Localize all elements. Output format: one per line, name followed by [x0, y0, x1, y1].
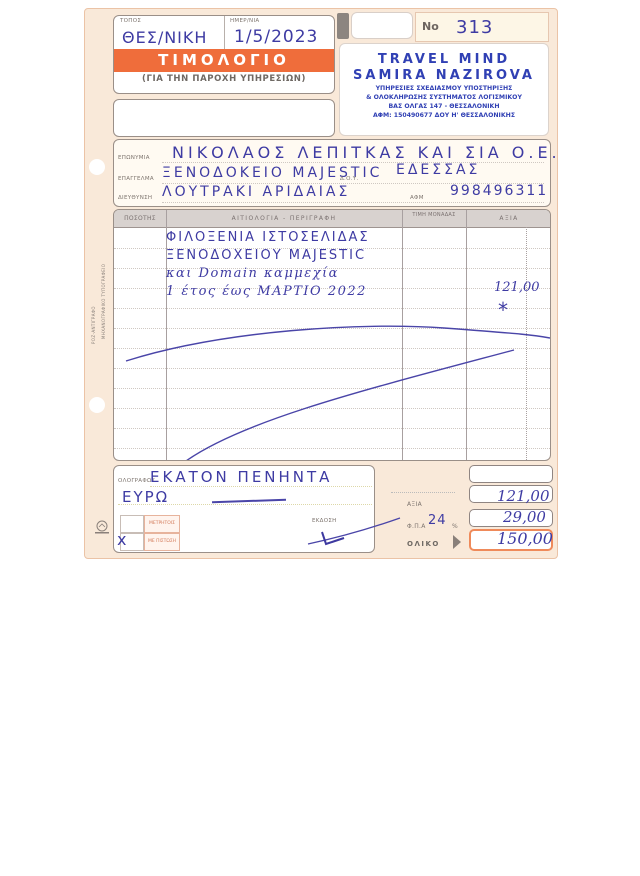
- grand-total-label: ΟΛΙΚΟ: [407, 540, 440, 548]
- payment-credit-label: ΜΕ ΠΙΣΤΩΣΗ: [144, 533, 180, 551]
- issuer-name-2: SAMIRA NAZIROVA: [340, 68, 548, 83]
- customer-vat-label: ΑΦΜ: [410, 195, 424, 201]
- copy-tab: [337, 13, 349, 39]
- totals-dotted-line: [391, 492, 455, 493]
- grand-total-amount: 150,00: [497, 529, 553, 548]
- place-label: ΤΟΠΟΣ: [120, 18, 141, 24]
- vat-rate: 24: [428, 513, 447, 528]
- customer-name-label: ΕΠΩΝΥΜΙΑ: [118, 155, 150, 161]
- vat-amount: 29,00: [503, 508, 546, 526]
- payment-cash-label: ΜΕΤΡΗΤΟΙΣ: [144, 515, 180, 533]
- customer-tax-office-label: Δ.Ο.Υ.: [340, 176, 359, 182]
- customer-address-label: ΔΙΕΥΘΥΝΣΗ: [118, 195, 152, 201]
- issuer-stamp-box: TRAVEL MIND SAMIRA NAZIROVA ΥΠΗΡΕΣΙΕΣ ΣΧ…: [339, 43, 549, 136]
- customer-vat-value: 998496311: [450, 183, 548, 199]
- void-strike-lines: [114, 210, 551, 461]
- invoice-form: ΡΟΖ-ΑΝΤΙΓΡΑΦΟ ΜΗΧΑΝΟΓΡΑΦΙΚΟ ΤΥΠΟΓΡΑΦΕΙΟ …: [84, 8, 558, 559]
- date-value: 1/5/2023: [234, 27, 318, 47]
- number-field: No 313: [415, 12, 549, 42]
- title-box: ΤΟΠΟΣ ΗΜΕΡ/ΝΙΑ ΘΕΣ/ΝΙΚΗ 1/5/2023 ΤΙΜΟΛΟΓ…: [113, 15, 335, 94]
- payment-credit-mark: x: [117, 530, 127, 549]
- signature: [286, 512, 406, 552]
- issuer-line-3: ΥΠΗΡΕΣΙΕΣ ΣΧΕΔΙΑΣΜΟΥ ΥΠΟΣΤΗΡΙΞΗΣ: [340, 85, 548, 92]
- place-value: ΘΕΣ/ΝΙΚΗ: [122, 28, 207, 47]
- number-box: [351, 12, 413, 39]
- items-table: ΠΟΣΟΤΗΣ ΑΙΤΙΟΛΟΓΙΑ - ΠΕΡΙΓΡΑΦΗ ΤΙΜΗ ΜΟΝΑ…: [113, 209, 551, 461]
- words-line-1: ΕΚΑΤΟΝ ΠΕΝΗΝΤΑ: [150, 468, 332, 486]
- side-printer-text: ΜΗΧΑΝΟΓΡΑΦΙΚΟ ΤΥΠΟΓΡΑΦΕΙΟ: [101, 264, 106, 339]
- blank-box: [113, 99, 335, 137]
- vat-percent: %: [452, 523, 458, 530]
- number-label: No: [422, 20, 439, 33]
- grand-total-arrow-icon: [453, 535, 461, 549]
- amount-words-box: ΟΛΟΓΡΑΦΩΣ ΕΚΑΤΟΝ ΠΕΝΗΝΤΑ ΕΥΡΩ ΜΕΤΡΗΤΟΙΣ …: [113, 465, 375, 553]
- total-value-amount: 121,00: [497, 487, 550, 505]
- number-value: 313: [456, 17, 493, 38]
- issuer-line-6: ΑΦΜ: 150490677 ΔΟΥ Η' ΘΕΣΣΑΛΟΝΙΚΗΣ: [340, 112, 548, 119]
- side-form-code: ΡΟΖ-ΑΝΤΙΓΡΑΦΟ: [91, 306, 96, 344]
- customer-name-value: ΝΙΚΟΛΑΟΣ ΛΕΠΙΤΚΑΣ ΚΑΙ ΣΙΑ Ο.Ε.: [172, 143, 561, 162]
- customer-tax-office-value: ΕΔΕΣΣΑΣ: [396, 162, 480, 178]
- customer-profession-label: ΕΠΑΓΓΕΛΜΑ: [118, 176, 154, 182]
- words-line-2: ΕΥΡΩ: [122, 488, 169, 506]
- document-subtitle: (ΓΙΑ ΤΗΝ ΠΑΡΟΧΗ ΥΠΗΡΕΣΙΩΝ): [114, 74, 334, 84]
- printer-logo-icon: [93, 519, 111, 533]
- date-label: ΗΜΕΡ/ΝΙΑ: [230, 18, 259, 24]
- issuer-line-4: & ΟΛΟΚΛΗΡΩΣΗΣ ΣΥΣΤΗΜΑΤΟΣ ΛΟΓΙΣΜΙΚΟΥ: [340, 94, 548, 101]
- customer-box: ΕΠΩΝΥΜΙΑ ΝΙΚΟΛΑΟΣ ΛΕΠΙΤΚΑΣ ΚΑΙ ΣΙΑ Ο.Ε. …: [113, 139, 551, 207]
- issuer-line-5: ΒΑΣ ΟΛΓΑΣ 147 - ΘΕΣΣΑΛΟΝΙΚΗ: [340, 103, 548, 110]
- punch-hole-top: [89, 159, 105, 175]
- words-fill-line: [212, 499, 286, 503]
- vat-label: Φ.Π.Α: [407, 523, 426, 530]
- document-title: ΤΙΜΟΛΟΓΙΟ: [114, 49, 334, 72]
- total-value-label: ΑΞΙΑ: [407, 501, 422, 508]
- issuer-name-1: TRAVEL MIND: [340, 52, 548, 67]
- totals-blank-box: [469, 465, 553, 483]
- customer-address-value: ΛΟΥΤΡΑΚΙ ΑΡΙΔΑΙΑΣ: [162, 184, 350, 200]
- punch-hole-bottom: [89, 397, 105, 413]
